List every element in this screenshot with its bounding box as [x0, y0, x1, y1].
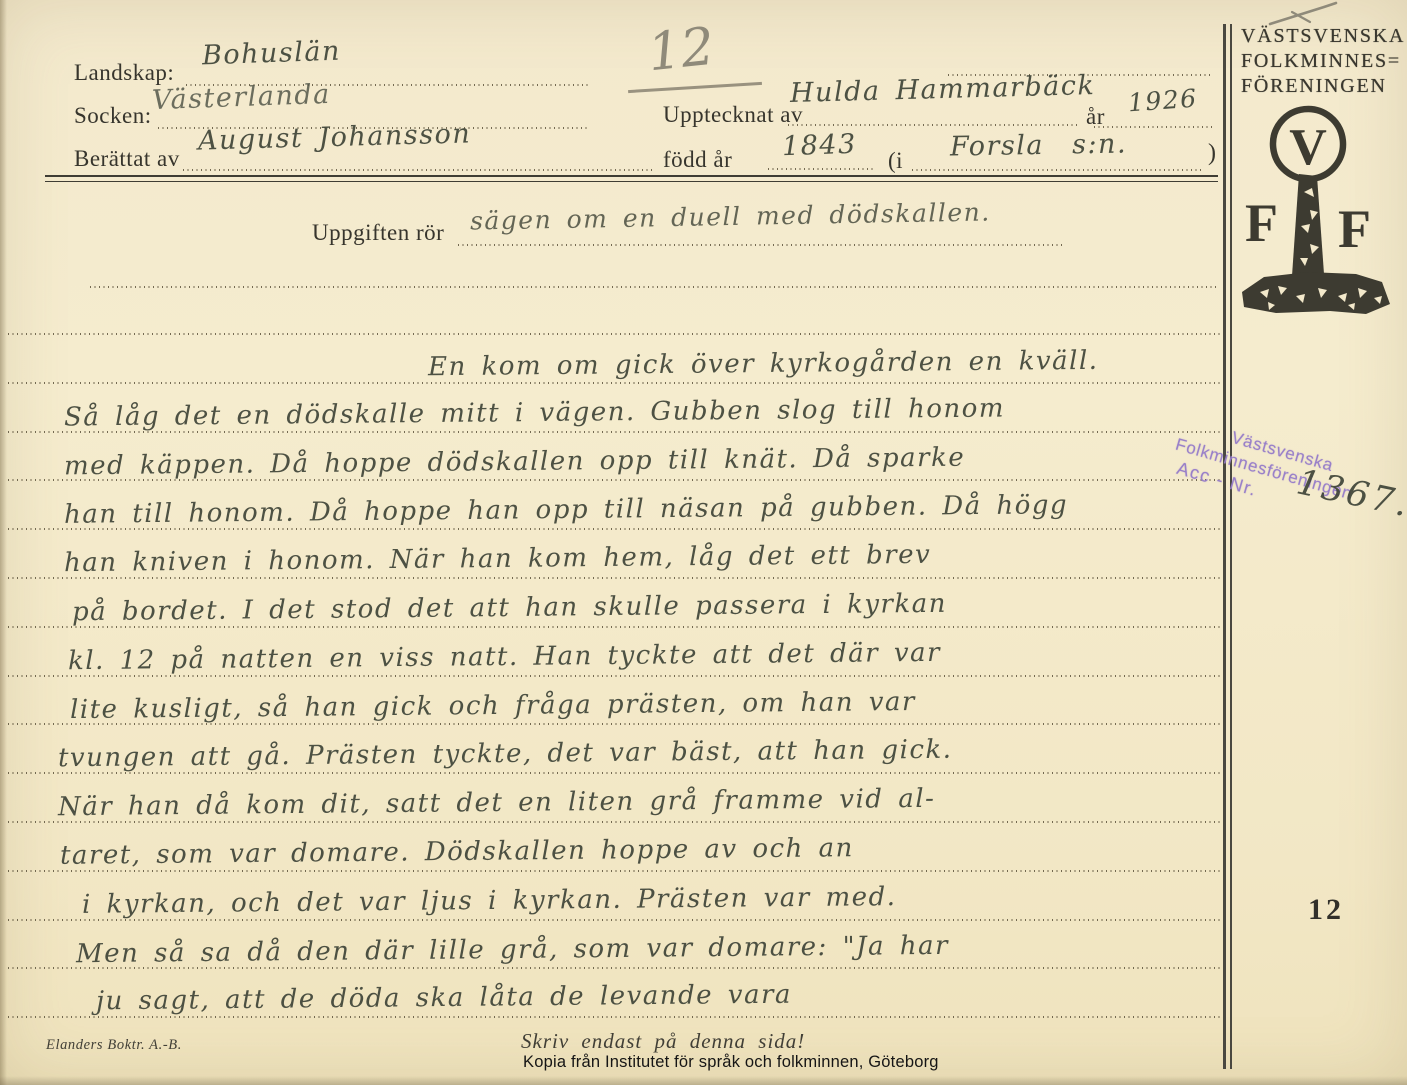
landskap-value: Bohuslän — [202, 36, 342, 72]
berattat-dotted-line — [183, 169, 653, 171]
socken-label: Socken: — [74, 103, 152, 129]
landskap-label: Landskap: — [74, 60, 174, 86]
handwritten-line-6: på bordet. I det stod det att han skulle… — [72, 584, 947, 632]
subject-dotted-line — [458, 244, 1064, 246]
berattat-av-value: August Johansson — [198, 118, 472, 156]
handwritten-line-11: taret, som var domare. Dödskallen hoppe … — [60, 828, 854, 876]
ruled-line — [8, 333, 1220, 335]
handwritten-line-3: med käppen. Då hoppe dödskallen opp till… — [64, 437, 966, 486]
paren-open-label: (i — [888, 148, 903, 174]
socken-value: Västerlanda — [152, 79, 332, 116]
org-name-line3: FÖRENINGEN — [1241, 74, 1405, 99]
upptecknat-av-label: Upptecknat av — [663, 102, 803, 128]
handwritten-line-8: lite kusligt, så han gick och fråga präs… — [70, 682, 916, 730]
upptecknat-dotted-line — [788, 124, 1080, 126]
header-separator-rule — [45, 175, 1218, 182]
write-only-instruction: Skriv endast på denna sida! — [521, 1029, 805, 1054]
org-name-line1: VÄSTSVENSKA — [1241, 24, 1405, 49]
handwritten-line-12: i kyrkan, och det var ljus i kyrkan. Prä… — [82, 877, 897, 925]
logo-letter-f-left: F — [1245, 193, 1278, 253]
subject-value: sägen om en duell med dödskallen. — [470, 197, 991, 235]
pencil-underline — [628, 82, 762, 93]
birthplace-dotted-line — [912, 169, 1202, 171]
fodd-ar-label: född år — [663, 147, 732, 173]
handwritten-line-1: En kom om gick över kyrkogården en kväll… — [428, 341, 1099, 387]
scan-edge-left — [0, 0, 7, 1085]
uppgiften-ror-label: Uppgiften rör — [312, 220, 444, 246]
fodd-ar-value: 1843 — [781, 129, 857, 163]
sidebar-divider-line-inner — [1230, 24, 1232, 1069]
printer-imprint: Elanders Boktr. A.-B. — [46, 1037, 182, 1054]
upptecknat-av-value: Hulda Hammarbäck — [790, 70, 1096, 109]
scan-edge-bottom — [0, 1076, 1407, 1085]
berattat-av-label: Berättat av — [74, 146, 180, 172]
ar-value: 1926 — [1127, 84, 1198, 118]
handwritten-line-13: Men så sa då den där lille grå, som var … — [76, 925, 949, 973]
logo-letter-f-right: F — [1338, 199, 1371, 259]
archive-copy-note: Kopia från Institutet för språk och folk… — [523, 1053, 939, 1072]
margin-page-number: 12 — [1308, 893, 1344, 927]
subject-second-dotted-line — [90, 286, 1218, 288]
handwritten-line-14: ju sagt, att de döda ska låta de levande… — [96, 975, 792, 1022]
logo-letter-v: V — [1289, 119, 1327, 176]
paren-close-label: ) — [1208, 140, 1217, 167]
org-name-line2: FOLKMINNES= — [1241, 49, 1405, 74]
society-logo-thors-hammer: V F F — [1238, 100, 1400, 328]
pencil-page-number: 12 — [645, 17, 717, 84]
ar-dotted-line — [1094, 126, 1212, 128]
org-name-block: VÄSTSVENSKA FOLKMINNES= FÖRENINGEN — [1241, 24, 1405, 99]
sidebar-divider-line-outer — [1223, 24, 1226, 1069]
fodd-dotted-line — [768, 168, 876, 170]
record-card-scan: Landskap: Bohuslän Socken: Västerlanda B… — [0, 0, 1407, 1085]
birthplace-value: Forsla s:n. — [950, 128, 1128, 162]
handwritten-line-7: kl. 12 på natten en viss natt. Han tyckt… — [68, 633, 941, 681]
